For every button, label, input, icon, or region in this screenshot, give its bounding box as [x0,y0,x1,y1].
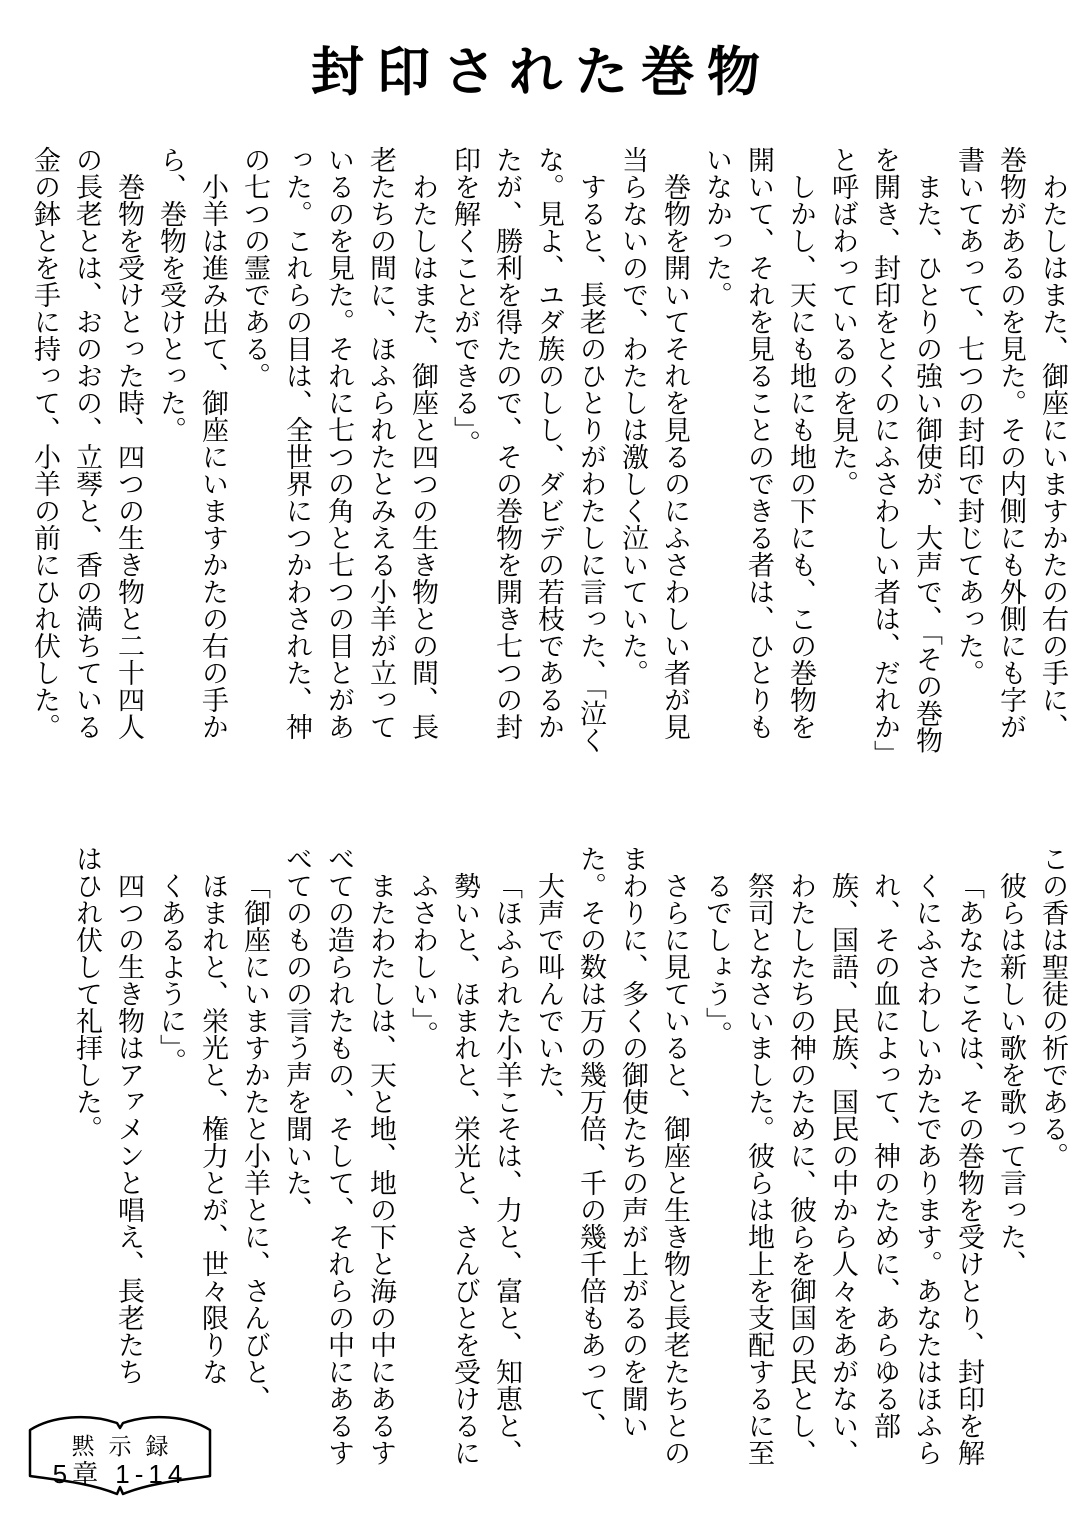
scripture-column: たが、勝利を得たので、その巻物を開き七つの封 [486,146,528,791]
scripture-block-2: この香は聖徒の祈である。彼らは新しい歌を歌って言った、「あなたこそは、その巻物を… [66,845,1074,1490]
scripture-column: またわたしは、天と地、地の下と海の中にあるす [360,845,402,1490]
scripture-column: べてのものの言う声を聞いた、 [276,845,318,1490]
scripture-column: はひれ伏して礼拝した。 [66,845,108,1490]
scripture-column: 印を解くことができる」。 [444,146,486,791]
scripture-column: の長老とは、おのおの、立琴と、香の満ちている [66,146,108,791]
scripture-column: わたしはまた、御座と四つの生き物との間、長 [402,146,444,791]
scripture-column: 開いて、それを見ることのできる者は、ひとりも [738,146,780,791]
scripture-column: 小羊は進み出て、御座にいますかたの右の手か [192,146,234,791]
scripture-column: った。これらの目は、全世界につかわされた、神 [276,146,318,791]
scripture-column: ふさわしい」。 [402,845,444,1490]
scripture-column: 金の鉢とを手に持って、小羊の前にひれ伏した。 [24,146,66,791]
scripture-column: いなかった。 [696,146,738,791]
scripture-column: 「あなたこそは、その巻物を受けとり、封印を解 [948,845,990,1490]
scripture-column: た。その数は万の幾万倍、千の幾千倍もあって、 [570,845,612,1490]
scripture-column: れ、その血によって、神のために、あらゆる部 [864,845,906,1490]
scripture-column: 大声で叫んでいた、 [528,845,570,1490]
scripture-column: べての造られたもの、そして、それらの中にあるす [318,845,360,1490]
scripture-column: 巻物があるのを見た。その内側にも外側にも字が [990,146,1032,791]
scripture-column: ら、巻物を受けとった。 [150,146,192,791]
scripture-column: 当らないので、わたしは激しく泣いていた。 [612,146,654,791]
scripture-column: 祭司となさいました。彼らは地上を支配するに至 [738,845,780,1490]
scripture-column: わたしたちの神のために、彼らを御国の民とし、 [780,845,822,1490]
scripture-column: 巻物を受けとった時、四つの生き物と二十四人 [108,146,150,791]
scripture-column: わたしはまた、御座にいますかたの右の手に、 [1032,146,1074,791]
scripture-column: すると、長老のひとりがわたしに言った、「泣く [570,146,612,791]
scripture-column: この香は聖徒の祈である。 [1032,845,1074,1490]
scripture-block-1: わたしはまた、御座にいますかたの右の手に、巻物があるのを見た。その内側にも外側に… [24,146,1074,791]
scripture-column: さらに見ていると、御座と生き物と長老たちとの [654,845,696,1490]
scripture-column: 四つの生き物はアァメンと唱え、長老たち [108,845,150,1490]
scripture-column: 「御座にいますかたと小羊とに、さんびと、 [234,845,276,1490]
scripture-column: 巻物を開いてそれを見るのにふさわしい者が見 [654,146,696,791]
reference-badge: 黙示録 5章 1-14 [26,1412,214,1508]
scripture-column: 「ほふられた小羊こそは、力と、富と、知恵と、 [486,845,528,1490]
scripture-column: ほまれと、栄光と、権力とが、世々限りな [192,845,234,1490]
scripture-column: まわりに、多くの御使たちの声が上がるのを聞い [612,845,654,1490]
scripture-column: を開き、封印をとくのにふさわしい者は、だれか」 [864,146,906,791]
scripture-column: 族、国語、民族、国民の中から人々をあがない、 [822,845,864,1490]
scripture-column: 勢いと、ほまれと、栄光と、さんびとを受けるに [444,845,486,1490]
scripture-column: また、ひとりの強い御使が、大声で、「その巻物 [906,146,948,791]
scripture-column: しかし、天にも地にも地の下にも、この巻物を [780,146,822,791]
scripture-column: と呼ばわっているのを見た。 [822,146,864,791]
scripture-column: いるのを見た。それに七つの角と七つの目とがあ [318,146,360,791]
scripture-column: の七つの霊である。 [234,146,276,791]
reference-range: 5章 1-14 [26,1454,214,1491]
scripture-column: るでしょう」。 [696,845,738,1490]
scripture-column: 彼らは新しい歌を歌って言った、 [990,845,1032,1490]
scripture-column: な。見よ、ユダ族のしし、ダビデの若枝であるか [528,146,570,791]
document-page: 封印された巻物 わたしはまた、御座にいますかたの右の手に、巻物があるのを見た。そ… [0,0,1084,1536]
page-title: 封印された巻物 [0,30,1084,106]
scripture-column: 老たちの間に、ほふられたとみえる小羊が立って [360,146,402,791]
scripture-column: くにふさわしいかたであります。あなたはほふら [906,845,948,1490]
scripture-column: くあるように」。 [150,845,192,1490]
scripture-column: 書いてあって、七つの封印で封じてあった。 [948,146,990,791]
